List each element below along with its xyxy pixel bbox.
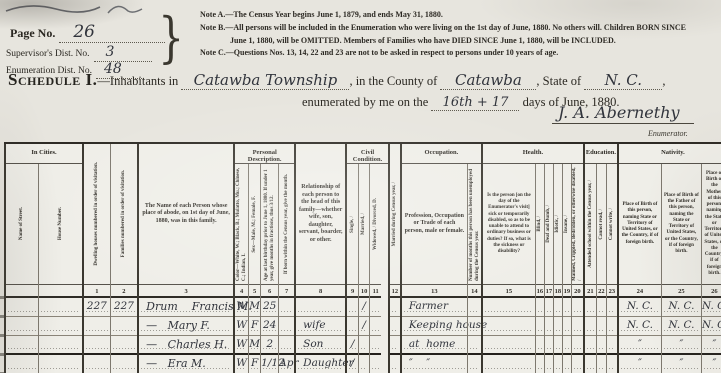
group-columns-health: Is the person [on the day of the Enumera… (483, 164, 583, 373)
col-number-idiotic: 18 (554, 284, 562, 298)
cell-married-row3 (359, 336, 369, 355)
cell-house-row1 (39, 298, 82, 317)
value-pobf-row2: N. C. (668, 319, 694, 331)
value-rel-row3: Son (303, 338, 323, 350)
cell-deaf-row2 (545, 317, 553, 336)
cell-occ-row2: Keeping house (402, 317, 467, 336)
value-married-row1: / (362, 300, 366, 312)
cell-color-row3: W (235, 336, 248, 355)
col-label-mardur: Married during Census year, / (392, 180, 398, 248)
cell-month-row4: Apr (279, 355, 294, 373)
column-pobm: Place of Birth of the Mother of this per… (701, 164, 721, 373)
cell-street-row2 (6, 317, 38, 336)
cell-widowed-row4 (370, 355, 381, 373)
cell-pobm-row4: ″ (702, 355, 721, 373)
value-pobf-row1: N. C. (668, 300, 694, 312)
col-header-pobf: Place of Birth of the Father of this per… (662, 164, 701, 284)
col-header-unemp: Number of months this person has been un… (468, 164, 481, 284)
cell-house-row4 (39, 355, 82, 373)
col-number-sick: 15 (483, 284, 535, 298)
col-header-house: House Number. (39, 164, 82, 284)
column-month: If born within the Census year, give the… (278, 164, 294, 373)
column-sick: Is the person [on the day of the Enumera… (483, 164, 535, 373)
value-pobm-row4: ″ (712, 357, 716, 369)
cell-sick-row1 (483, 298, 535, 317)
cell-married-row4 (359, 355, 369, 373)
col-header-idiotic: Idiotic, / (554, 164, 562, 284)
col-header-pob: Place of Birth of this person, naming St… (619, 164, 661, 284)
col-label-insane: Insane, / (564, 213, 570, 235)
col-header-single: Single, / (347, 164, 358, 284)
col-header-sex: Sex—Male, M.; Female, F. (249, 164, 260, 284)
cell-write-row3 (607, 336, 617, 355)
cell-sick-row2 (483, 317, 535, 336)
value-age-row3: 2 (266, 338, 273, 350)
col-header-sick: Is the person [on the day of the Enumera… (483, 164, 535, 284)
cell-idiotic-row4 (554, 355, 562, 373)
cell-color-row4: W (235, 355, 248, 373)
cell-house-row2 (39, 317, 82, 336)
column-insane: Insane, /19 (562, 164, 571, 373)
cell-unemp-row1 (468, 298, 481, 317)
col-number-age: 6 (261, 284, 278, 298)
cell-insane-row1 (563, 298, 571, 317)
group-columns-occupation: Profession, Occupation or Trade of each … (402, 164, 481, 373)
cell-insane-row4 (563, 355, 571, 373)
column-deaf: Deaf and Dumb, /17 (544, 164, 553, 373)
cell-school-row1 (585, 298, 596, 317)
cell-widowed-row1 (370, 298, 381, 317)
cell-family-row1: 227 (111, 298, 138, 317)
column-pobf: Place of Birth of the Father of this per… (661, 164, 701, 373)
cell-sex-row3: M (249, 336, 260, 355)
brace-decoration: } (158, 6, 184, 69)
state-label: , State of (536, 74, 581, 88)
col-header-occ: Profession, Occupation or Trade of each … (402, 164, 467, 284)
col-number-blind: 16 (536, 284, 544, 298)
cell-widowed-row3 (370, 336, 381, 355)
col-label-maimed: Maimed, Crippled, Bedridden, or otherwis… (572, 165, 583, 283)
column-age: Age at last birthday prior to June 1, 18… (260, 164, 278, 373)
col-header-married: Married, / (359, 164, 369, 284)
cell-rel-row3: Son (296, 336, 345, 355)
col-label-sex: Sex—Male, M.; Female, F. (252, 194, 258, 255)
value-sex-row2: F (251, 319, 258, 331)
column-single: Single, /9// (347, 164, 358, 373)
cell-maimed-row1 (572, 298, 583, 317)
value-sex-row3: M (249, 338, 260, 350)
enumerator-signature: J. A. Abernethy (552, 103, 694, 124)
column-rel: Relationship of each person to the head … (294, 144, 345, 373)
column-name: The Name of each Person whose place of a… (137, 144, 233, 373)
cell-name-row2: — Mary F. (139, 317, 233, 336)
cell-pobf-row1: N. C. (662, 298, 701, 317)
group-nativity: Nativity.Place of Birth of this person, … (617, 144, 721, 373)
cell-rel-row2: wife (296, 317, 345, 336)
handwritten-scrawl (2, 0, 172, 16)
cell-sex-row2: F (249, 317, 260, 336)
value-married-row2: / (362, 319, 366, 331)
group-title-nativity: Nativity. (619, 144, 721, 164)
group-title-in_cities: In Cities. (6, 144, 82, 164)
col-number-name: 3 (139, 284, 233, 298)
col-label-idiotic: Idiotic, / (555, 213, 561, 235)
group-education: Education.Attended school within the Cen… (583, 144, 617, 373)
cell-age-row1: 25 (261, 298, 278, 317)
column-maimed: Maimed, Crippled, Bedridden, or otherwis… (571, 164, 583, 373)
cell-blind-row2 (536, 317, 544, 336)
cell-read-row3 (597, 336, 606, 355)
col-number-occ: 13 (402, 284, 467, 298)
group-title-civil: Civil Condition. (347, 144, 388, 164)
cell-occ-row1: Farmer (402, 298, 467, 317)
col-header-name: The Name of each Person whose place of a… (139, 144, 233, 284)
column-married: Married, /10// (358, 164, 369, 373)
signature-block: J. A. Abernethy (552, 103, 694, 123)
col-number-maimed: 20 (572, 284, 583, 298)
value-dwelling-row1: 227 (87, 300, 107, 312)
cell-deaf-row1 (545, 298, 553, 317)
col-header-color: Color—White, W.; Black, B.; Mulatto, Mu.… (235, 164, 248, 284)
value-sex-row4: F (251, 357, 258, 369)
col-label-month: If born within the Census year, give the… (284, 172, 290, 276)
value-name-row4: — Era M. (146, 357, 206, 370)
col-number-school: 21 (585, 284, 596, 298)
cell-single-row4: / (347, 355, 358, 373)
census-table: In Cities.Name of Street.House Number.Dw… (4, 142, 721, 373)
cell-pobm-row1: N. C. (702, 298, 721, 317)
column-idiotic: Idiotic, /18 (553, 164, 562, 373)
group-title-occupation: Occupation. (402, 144, 481, 164)
cell-occ-row4: ″ ″ (402, 355, 467, 373)
notes-block: Note A.—The Census Year begins June 1, 1… (200, 9, 716, 60)
value-pobm-row2: N. C. (702, 319, 721, 331)
cell-sick-row3 (483, 336, 535, 355)
group-occupation: Occupation.Profession, Occupation or Tra… (400, 144, 481, 373)
col-label-school: Attended school within the Census year, … (588, 178, 594, 270)
cell-insane-row3 (563, 336, 571, 355)
col-number-insane: 19 (563, 284, 571, 298)
col-header-pobm: Place of Birth of the Mother of this per… (702, 164, 721, 284)
value-pob-row3: ″ (638, 338, 642, 350)
cell-insane-row2 (563, 317, 571, 336)
col-label-pobf: Place of Birth of the Father of this per… (662, 191, 701, 258)
col-number-street (6, 284, 38, 298)
value-pobf-row3: ″ (679, 338, 683, 350)
col-number-read: 22 (597, 284, 606, 298)
col-number-color: 4 (235, 284, 248, 298)
cell-rel-row4: Daughter (296, 355, 345, 373)
comma: , (662, 74, 665, 88)
cell-unemp-row4 (468, 355, 481, 373)
col-header-blind: Blind, / (536, 164, 544, 284)
cell-widowed-row2 (370, 317, 381, 336)
col-number-family: 2 (111, 284, 138, 298)
cell-single-row2 (347, 317, 358, 336)
cell-deaf-row4 (545, 355, 553, 373)
col-number-sex: 5 (249, 284, 260, 298)
col-header-rel: Relationship of each person to the head … (296, 144, 345, 284)
note-b-line1: Note B.—All persons will be included in … (200, 22, 716, 35)
cell-idiotic-row3 (554, 336, 562, 355)
col-label-deaf: Deaf and Dumb, / (546, 203, 552, 245)
cell-pob-row4: ″ (619, 355, 661, 373)
group-columns-in_cities: Name of Street.House Number. (6, 164, 82, 373)
cell-age-row2: 24 (261, 317, 278, 336)
state-value: N. C. (605, 71, 642, 89)
value-occ-row1: Farmer (409, 300, 448, 312)
cell-single-row1 (347, 298, 358, 317)
note-c: Note C.—Questions Nos. 13, 14, 22 and 23… (200, 47, 716, 60)
cell-sick-row4 (483, 355, 535, 373)
cell-pobf-row3: ″ (662, 336, 701, 355)
column-widowed: Widowed, / Divorced, D.11 (369, 164, 381, 373)
col-label-single: Single, / (350, 214, 356, 235)
value-pobm-row1: N. C. (702, 300, 721, 312)
col-label-pob: Place of Birth of this person, naming St… (619, 200, 661, 248)
cell-unemp-row3 (468, 336, 481, 355)
value-pob-row1: N. C. (627, 300, 653, 312)
col-number-single: 9 (347, 284, 358, 298)
value-pobf-row4: ″ (679, 357, 683, 369)
col-header-write: Cannot write, / (607, 164, 617, 284)
value-occ-row4: ″ ″ (409, 357, 430, 369)
group-civil: Civil Condition.Single, /9//Married, /10… (345, 144, 388, 373)
schedule-title: Schedule I. (8, 70, 97, 89)
column-pob: Place of Birth of this person, naming St… (619, 164, 661, 373)
cell-single-row3: / (347, 336, 358, 355)
township-value: Catawba Township (194, 71, 338, 89)
col-label-read: Cannot read, / (599, 207, 605, 242)
cell-pob-row1: N. C. (619, 298, 661, 317)
group-title-health: Health. (483, 144, 583, 164)
cell-pobf-row2: N. C. (662, 317, 701, 336)
column-color: Color—White, W.; Black, B.; Mulatto, Mu.… (235, 164, 248, 373)
cell-blind-row3 (536, 336, 544, 355)
col-number-deaf: 17 (545, 284, 553, 298)
group-columns-civil: Single, /9//Married, /10//Widowed, / Div… (347, 164, 388, 373)
cell-maimed-row3 (572, 336, 583, 355)
col-header-street: Name of Street. (6, 164, 38, 284)
cell-idiotic-row2 (554, 317, 562, 336)
col-label-unemp: Number of months this person has been un… (469, 165, 481, 283)
col-header-widowed: Widowed, / Divorced, D. (370, 164, 381, 284)
cell-school-row3 (585, 336, 596, 355)
value-color-row2: W (236, 319, 247, 331)
enumerated-label: enumerated by me on the (302, 95, 428, 109)
county-label: , in the County of (349, 74, 437, 88)
col-header-deaf: Deaf and Dumb, / (545, 164, 553, 284)
value-name-row1: Drum Francis M. (146, 300, 252, 313)
col-header-dwelling: Dwelling houses numbered in order of vis… (84, 144, 110, 284)
cell-write-row1 (607, 298, 617, 317)
group-columns-education: Attended school within the Census year, … (585, 164, 617, 373)
col-label-name: The Name of each Person whose place of a… (139, 201, 233, 228)
cell-read-row4 (597, 355, 606, 373)
cell-month-row3 (279, 336, 294, 355)
col-number-widowed: 11 (370, 284, 381, 298)
value-age-row2: 24 (263, 319, 276, 331)
page-number-line: Page No. 26 (10, 22, 165, 43)
cell-color-row2: W (235, 317, 248, 336)
col-number-write: 23 (607, 284, 617, 298)
cell-write-row2 (607, 317, 617, 336)
cell-street-row1 (6, 298, 38, 317)
col-number-dwelling: 1 (84, 284, 110, 298)
column-unemp: Number of months this person has been un… (467, 164, 481, 373)
group-personal: Personal Description.Color—White, W.; Bl… (233, 144, 294, 373)
col-label-rel: Relationship of each person to the head … (296, 182, 345, 246)
col-label-age: Age at last birthday prior to June 1, 18… (264, 165, 276, 283)
col-header-maimed: Maimed, Crippled, Bedridden, or otherwis… (572, 164, 583, 284)
value-color-row4: W (236, 357, 247, 369)
value-pobm-row3: ″ (712, 338, 716, 350)
col-number-pob: 24 (619, 284, 661, 298)
column-occ: Profession, Occupation or Trade of each … (402, 164, 467, 373)
note-a: Note A.—The Census Year begins June 1, 1… (200, 9, 716, 22)
page-no-label: Page No. (10, 26, 55, 40)
cell-rel-row1 (296, 298, 345, 317)
group-title-education: Education. (585, 144, 617, 164)
col-header-age: Age at last birthday prior to June 1, 18… (261, 164, 278, 284)
col-number-mardur: 12 (390, 284, 400, 298)
cell-married-row1: / (359, 298, 369, 317)
cell-street-row4 (6, 355, 38, 373)
cell-month-row1 (279, 298, 294, 317)
cell-pobm-row2: N. C. (702, 317, 721, 336)
value-single-row4: / (351, 357, 355, 369)
group-columns-nativity: Place of Birth of this person, naming St… (619, 164, 721, 373)
cell-age-row3: 2 (261, 336, 278, 355)
col-header-mardur: Married during Census year, / (390, 144, 400, 284)
col-number-married: 10 (359, 284, 369, 298)
cell-school-row2 (585, 317, 596, 336)
cell-dwelling-row4 (84, 355, 110, 373)
col-label-street: Name of Street. (19, 205, 25, 242)
col-label-married: Married, / (361, 211, 367, 237)
column-house: House Number. (38, 164, 82, 373)
col-header-read: Cannot read, / (597, 164, 606, 284)
value-pob-row2: N. C. (627, 319, 653, 331)
col-label-sick: Is the person [on the day of the Enumera… (483, 191, 535, 258)
cell-idiotic-row1 (554, 298, 562, 317)
col-label-write: Cannot write, / (609, 206, 615, 242)
cell-age-row4: 1/12 (261, 355, 278, 373)
column-family: Families numbered in order of visitation… (110, 144, 138, 373)
column-mardur: Married during Census year, /12 (388, 144, 400, 373)
cell-street-row3 (6, 336, 38, 355)
group-in_cities: In Cities.Name of Street.House Number. (4, 144, 82, 373)
supervisor-label: Supervisor's Dist. No. (6, 49, 90, 59)
inhabitants-label: —Inhabitants in (97, 74, 178, 88)
col-label-occ: Profession, Occupation or Trade of each … (402, 211, 467, 238)
cell-dwelling-row3 (84, 336, 110, 355)
cell-name-row1: Drum Francis M. (139, 298, 233, 317)
col-label-house: House Number. (58, 205, 64, 242)
cell-dwelling-row1: 227 (84, 298, 110, 317)
col-label-family: Families numbered in order of visitation… (121, 168, 127, 259)
value-name-row2: — Mary F. (146, 319, 210, 332)
cell-maimed-row2 (572, 317, 583, 336)
cell-mardur-row3 (390, 336, 400, 355)
cell-family-row2 (111, 317, 138, 336)
scan-artifact (0, 296, 4, 373)
col-number-pobm: 26 (702, 284, 721, 298)
enumerator-label: Enumerator. (648, 129, 688, 138)
value-occ-row3: at home (409, 338, 455, 350)
col-number-pobf: 25 (662, 284, 701, 298)
cell-read-row2 (597, 317, 606, 336)
column-sex: Sex—Male, M.; Female, F.5MFMF (248, 164, 260, 373)
column-read: Cannot read, /22 (596, 164, 606, 373)
col-header-insane: Insane, / (563, 164, 571, 284)
value-single-row3: / (351, 338, 355, 350)
cell-deaf-row3 (545, 336, 553, 355)
supervisor-value: 3 (106, 44, 115, 60)
value-color-row3: W (236, 338, 247, 350)
col-label-color: Color—White, W.; Black, B.; Mulatto, Mu.… (236, 165, 248, 283)
col-label-pobm: Place of Birth of the Mother of this per… (702, 169, 721, 279)
county-value: Catawba (455, 71, 522, 89)
cell-unemp-row2 (468, 317, 481, 336)
cell-pob-row2: N. C. (619, 317, 661, 336)
cell-pobf-row4: ″ (662, 355, 701, 373)
cell-name-row3: — Charles H. (139, 336, 233, 355)
cell-write-row4 (607, 355, 617, 373)
enumeration-date-value: 16th + 17 (443, 95, 509, 110)
schedule-title-line: Schedule I.—Inhabitants in Catawba Towns… (8, 70, 665, 90)
group-columns-personal: Color—White, W.; Black, B.; Mulatto, Mu.… (235, 164, 294, 373)
cell-blind-row1 (536, 298, 544, 317)
cell-dwelling-row2 (84, 317, 110, 336)
column-street: Name of Street. (6, 164, 38, 373)
column-dwelling: Dwelling houses numbered in order of vis… (82, 144, 110, 373)
group-health: Health.Is the person [on the day of the … (481, 144, 583, 373)
col-header-family: Families numbered in order of visitation… (111, 144, 138, 284)
col-number-unemp: 14 (468, 284, 481, 298)
cell-house-row3 (39, 336, 82, 355)
cell-mardur-row2 (390, 317, 400, 336)
cell-married-row2: / (359, 317, 369, 336)
cell-school-row4 (585, 355, 596, 373)
cell-occ-row3: at home (402, 336, 467, 355)
note-b-line2: June 1, 1880, will be OMITTED. Members o… (200, 35, 716, 48)
col-number-month: 7 (279, 284, 294, 298)
value-family-row1: 227 (114, 300, 134, 312)
value-pob-row4: ″ (638, 357, 642, 369)
cell-family-row3 (111, 336, 138, 355)
col-header-school: Attended school within the Census year, … (585, 164, 596, 284)
cell-maimed-row4 (572, 355, 583, 373)
value-age-row1: 25 (263, 300, 276, 312)
cell-pob-row3: ″ (619, 336, 661, 355)
cell-pobm-row3: ″ (702, 336, 721, 355)
cell-mardur-row1 (390, 298, 400, 317)
page-no-value: 26 (73, 22, 95, 42)
col-header-month: If born within the Census year, give the… (279, 164, 294, 284)
col-number-rel: 8 (296, 284, 345, 298)
col-label-dwelling: Dwelling houses numbered in order of vis… (94, 160, 100, 268)
column-write: Cannot write, /23 (606, 164, 617, 373)
column-blind: Blind, /16 (535, 164, 544, 373)
cell-name-row4: — Era M. (139, 355, 233, 373)
value-name-row3: — Charles H. (146, 338, 227, 351)
cell-read-row1 (597, 298, 606, 317)
column-school: Attended school within the Census year, … (585, 164, 596, 373)
cell-sex-row4: F (249, 355, 260, 373)
cell-blind-row4 (536, 355, 544, 373)
col-label-widowed: Widowed, / Divorced, D. (373, 196, 379, 252)
